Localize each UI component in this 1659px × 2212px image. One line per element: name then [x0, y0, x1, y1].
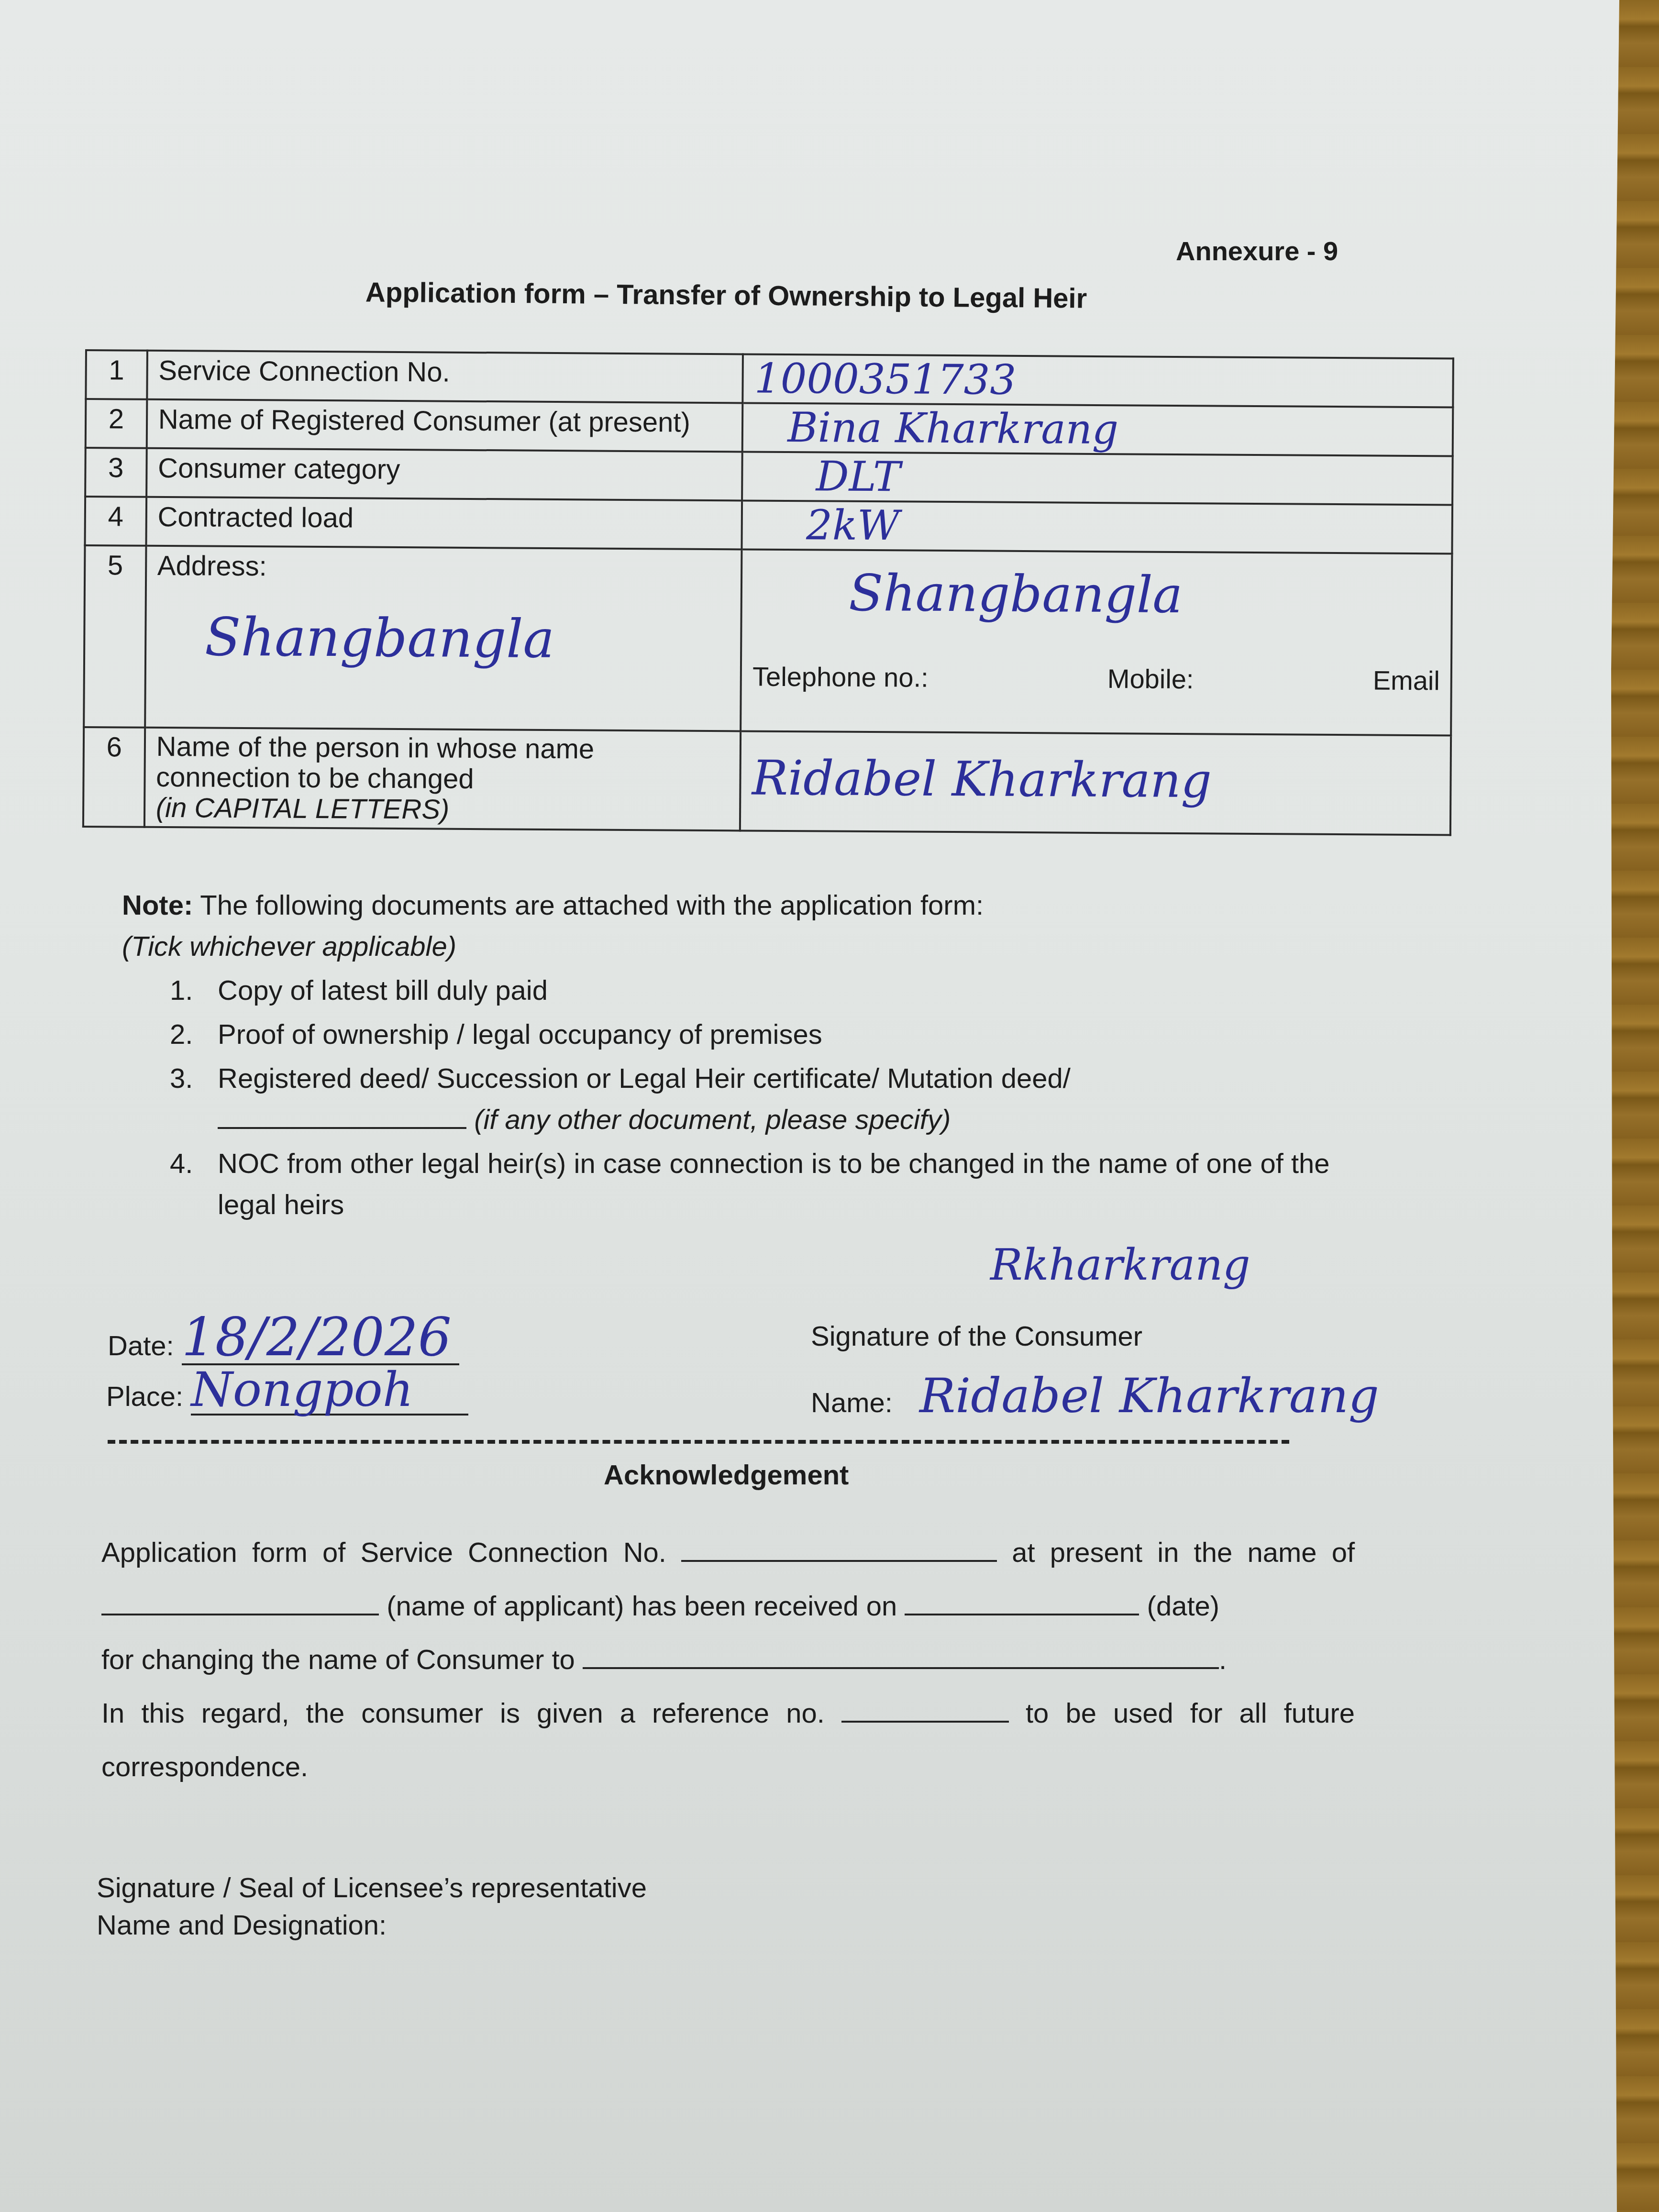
- field-label: Service Connection No.: [147, 351, 743, 403]
- name-label: Name:: [811, 1387, 893, 1418]
- handwritten-value: Ridabel Kharkrang: [752, 754, 1439, 807]
- field-label: Contracted load: [146, 497, 742, 550]
- tick-instruction: (Tick whichever applicable): [122, 926, 1366, 967]
- licensee-signature-label: Signature / Seal of Licensee’s represent…: [97, 1869, 647, 1907]
- ack-reference-no-blank[interactable]: [841, 1721, 1009, 1723]
- address-label-cell: Address: Shangbangla: [145, 546, 742, 731]
- table-row: 5 Address: Shangbangla Shangbangla Telep…: [84, 545, 1452, 735]
- row-number: 2: [86, 399, 147, 448]
- consumer-signature[interactable]: Rkharkrang: [990, 1244, 1250, 1287]
- field-label: Consumer category: [146, 448, 742, 501]
- field-label-hint: (in CAPITAL LETTERS): [156, 793, 729, 827]
- consumer-category-field[interactable]: DLT: [742, 452, 1452, 505]
- handwritten-value: 1000351733: [754, 355, 1017, 404]
- row-number: 3: [85, 448, 146, 497]
- contact-row: Telephone no.: Mobile: Email: [752, 661, 1440, 697]
- documents-note: Note: The following documents are attach…: [122, 885, 1366, 1228]
- row-number: 4: [85, 497, 146, 546]
- ack-date-blank[interactable]: [905, 1614, 1139, 1615]
- mobile-label: Mobile:: [1107, 663, 1194, 695]
- place-field[interactable]: Nongpoh: [191, 1366, 468, 1416]
- table-row: 3 Consumer category DLT: [85, 448, 1453, 505]
- document-item[interactable]: 2.Proof of ownership / legal occupancy o…: [122, 1014, 1366, 1055]
- signature-label: Signature of the Consumer: [811, 1320, 1142, 1352]
- note-heading: Note: The following documents are attach…: [122, 885, 1366, 926]
- table-row: 4 Contracted load 2kW: [85, 497, 1452, 553]
- handwritten-address-left[interactable]: Shangbangla: [205, 611, 730, 667]
- handwritten-value: DLT: [753, 453, 900, 501]
- table-row: 2 Name of Registered Consumer (at presen…: [86, 399, 1453, 456]
- address-field[interactable]: Shangbangla Telephone no.: Mobile: Email: [741, 549, 1452, 735]
- row-number: 1: [86, 350, 147, 399]
- registered-consumer-field[interactable]: Bina Kharkrang: [742, 403, 1453, 456]
- telephone-label: Telephone no.:: [752, 661, 929, 693]
- document-item[interactable]: 3.Registered deed/ Succession or Legal H…: [122, 1058, 1366, 1140]
- field-label: Address:: [157, 550, 730, 585]
- place-row: Place: Nongpoh: [106, 1366, 468, 1416]
- name-field[interactable]: Ridabel Kharkrang: [919, 1368, 1379, 1424]
- date-label: Date:: [108, 1330, 174, 1361]
- paper-document: Annexure - 9 Application form – Transfer…: [0, 0, 1622, 2212]
- field-label-line: Name of the person in whose name: [156, 731, 729, 765]
- acknowledgement-text: Application form of Service Connection N…: [101, 1526, 1355, 1794]
- row-number: 6: [83, 727, 145, 827]
- ack-connection-no-blank[interactable]: [681, 1560, 997, 1562]
- other-document-blank[interactable]: [218, 1127, 466, 1129]
- new-owner-name-field[interactable]: Ridabel Kharkrang: [740, 731, 1451, 835]
- ack-new-consumer-blank[interactable]: [583, 1667, 1219, 1669]
- handwritten-address-right: Shangbangla: [849, 568, 1440, 622]
- new-name-label-cell: Name of the person in whose name connect…: [144, 728, 741, 831]
- licensee-signature-block: Signature / Seal of Licensee’s represent…: [97, 1869, 647, 1944]
- ack-applicant-name-blank[interactable]: [101, 1614, 379, 1615]
- table-row: 6 Name of the person in whose name conne…: [83, 727, 1451, 835]
- field-label-line: connection to be changed: [156, 762, 729, 796]
- service-connection-field[interactable]: 1000351733: [743, 354, 1453, 407]
- annexure-label: Annexure - 9: [1176, 235, 1338, 266]
- application-form-table: 1 Service Connection No. 1000351733 2 Na…: [82, 349, 1454, 836]
- date-row: Date: 18/2/2026: [108, 1311, 459, 1365]
- field-label: Name of Registered Consumer (at present): [146, 399, 742, 452]
- contracted-load-field[interactable]: 2kW: [742, 500, 1452, 553]
- form-title: Application form – Transfer of Ownership…: [365, 276, 1087, 314]
- handwritten-value: Bina Kharkrang: [754, 404, 1118, 454]
- licensee-name-label: Name and Designation:: [97, 1907, 647, 1944]
- cut-line-divider: [108, 1440, 1289, 1444]
- date-field[interactable]: 18/2/2026: [182, 1311, 459, 1365]
- document-item[interactable]: 1.Copy of latest bill duly paid: [122, 970, 1366, 1011]
- row-number: 5: [84, 545, 146, 728]
- table-row: 1 Service Connection No. 1000351733: [86, 350, 1453, 407]
- name-row: Name: Ridabel Kharkrang: [811, 1372, 1379, 1420]
- place-label: Place:: [106, 1381, 183, 1412]
- document-item[interactable]: 4.NOC from other legal heir(s) in case c…: [122, 1143, 1366, 1226]
- handwritten-value: 2kW: [753, 501, 900, 550]
- acknowledgement-title: Acknowledgement: [604, 1459, 849, 1491]
- email-label: Email: [1373, 664, 1440, 696]
- documents-list: 1.Copy of latest bill duly paid 2.Proof …: [122, 970, 1366, 1226]
